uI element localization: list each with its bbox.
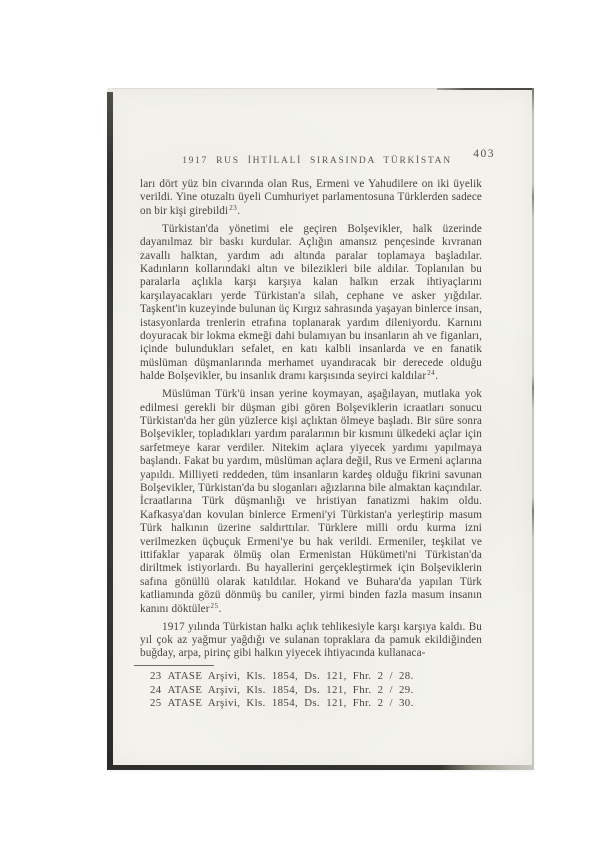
scanned-page: 1917 RUS İHTİLALİ SIRASINDA TÜRKİSTAN 40… — [107, 88, 534, 770]
footnote-number: 23 — [150, 670, 162, 682]
paragraph: ları dört yüz bin civarında olan Rus, Er… — [140, 178, 482, 218]
footnote-number: 24 — [150, 684, 162, 696]
paragraph: Türkistan'da yönetimi ele geçiren Bolşev… — [140, 223, 482, 384]
footnote-item: 24ATASE Arşivi, Kls. 1854, Ds. 121, Fhr.… — [140, 684, 482, 697]
footnote-item: 23ATASE Arşivi, Kls. 1854, Ds. 121, Fhr.… — [140, 670, 482, 683]
paragraph-text: . — [237, 205, 240, 217]
paragraph-text: . — [435, 370, 438, 382]
footnote-marker: 25 — [211, 602, 219, 610]
running-header-title: 1917 RUS İHTİLALİ SIRASINDA TÜRKİSTAN — [182, 156, 452, 166]
paragraph-text: Müslüman Türk'ü insan yerine koymayan, a… — [140, 388, 482, 615]
footnote-marker: 24 — [427, 369, 435, 377]
page-content: 1917 RUS İHTİLALİ SIRASINDA TÜRKİSTAN 40… — [107, 88, 534, 770]
footnote-number: 25 — [150, 697, 162, 709]
footnote-item: 25ATASE Arşivi, Kls. 1854, Ds. 121, Fhr.… — [140, 697, 482, 710]
footnote-marker: 23 — [229, 204, 237, 212]
footnote-text: ATASE Arşivi, Kls. 1854, Ds. 121, Fhr. 2… — [168, 684, 414, 696]
article-body: ları dört yüz bin civarında olan Rus, Er… — [140, 178, 482, 661]
footnote-separator — [134, 665, 214, 666]
footnote-text: ATASE Arşivi, Kls. 1854, Ds. 121, Fhr. 2… — [168, 670, 414, 682]
scan-canvas: 1917 RUS İHTİLALİ SIRASINDA TÜRKİSTAN 40… — [0, 0, 595, 841]
paragraph-text: Türkistan'da yönetimi ele geçiren Bolşev… — [140, 223, 482, 382]
footnotes-section: 23ATASE Arşivi, Kls. 1854, Ds. 121, Fhr.… — [140, 665, 482, 710]
footnote-text: ATASE Arşivi, Kls. 1854, Ds. 121, Fhr. 2… — [168, 697, 414, 709]
paragraph-text: 1917 yılında Türkistan halkı açlık tehli… — [140, 621, 482, 660]
paragraph-text: ları dört yüz bin civarında olan Rus, Er… — [140, 178, 482, 217]
paragraph: Müslüman Türk'ü insan yerine koymayan, a… — [140, 388, 482, 616]
page-number: 403 — [473, 148, 495, 160]
running-header: 1917 RUS İHTİLALİ SIRASINDA TÜRKİSTAN 40… — [140, 150, 482, 165]
paragraph: 1917 yılında Türkistan halkı açlık tehli… — [140, 621, 482, 661]
